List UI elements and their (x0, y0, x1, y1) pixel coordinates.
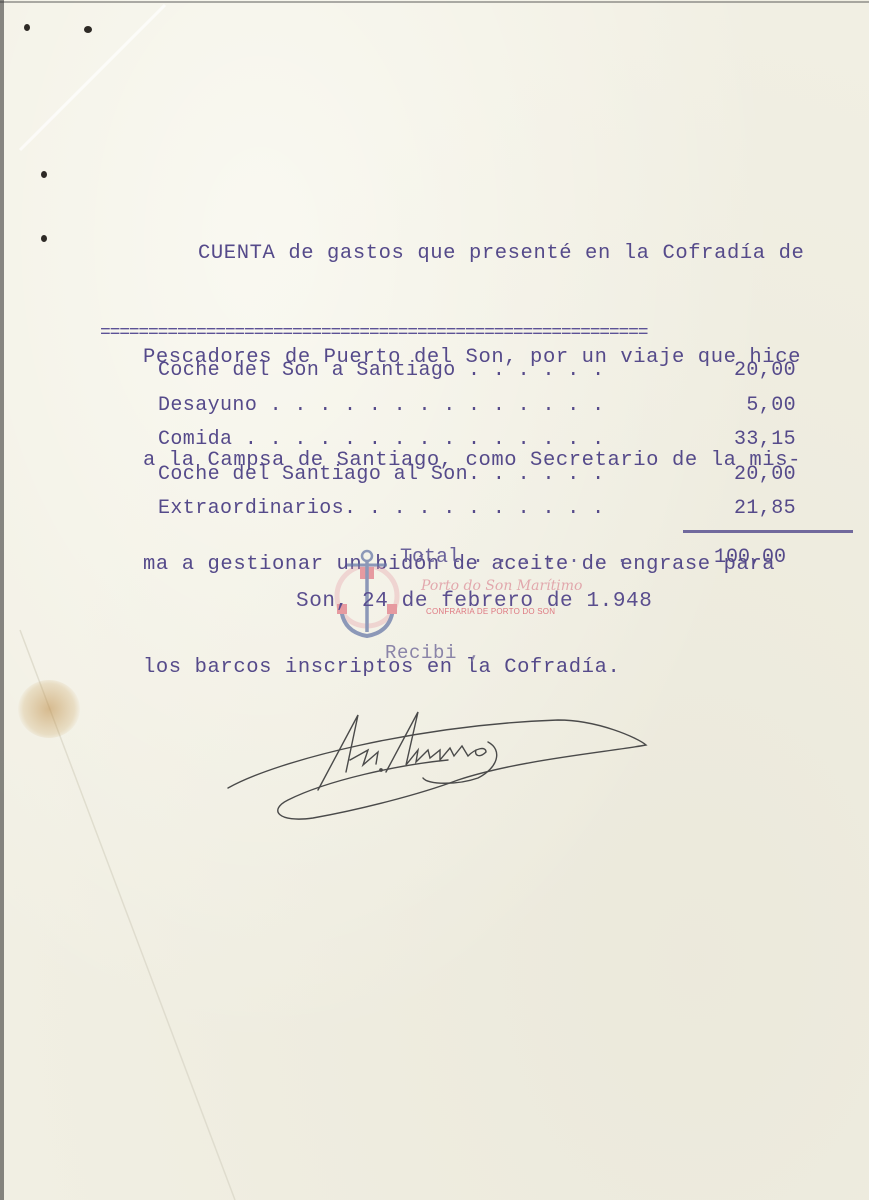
expense-amount: 5,00 (746, 389, 796, 424)
expense-row: Extraordinarios. . . . . . . . . . . 21,… (158, 492, 858, 527)
expense-amount: 21,85 (734, 492, 796, 527)
received-label: Recibi , (385, 638, 481, 668)
expense-list: Coche del Son a Santiago . . . . . . 20,… (158, 354, 858, 527)
expense-label: Desayuno . . . . . . . . . . . . . . (158, 389, 604, 424)
expense-label: Extraordinarios. . . . . . . . . . . (158, 492, 604, 527)
expense-amount: 20,00 (734, 458, 796, 493)
punch-mark (41, 235, 47, 242)
scan-edge (0, 0, 4, 1200)
paragraph-line: los barcos inscriptos en la Cofradía. (143, 651, 869, 686)
sum-underline (683, 530, 853, 533)
document-page: CUENTA de gastos que presenté en la Cofr… (0, 0, 869, 1200)
expense-label: Coche del Son a Santiago . . . . . . (158, 354, 604, 389)
punch-mark (84, 26, 92, 33)
expense-amount: 20,00 (734, 354, 796, 389)
expense-row: Comida . . . . . . . . . . . . . . . 33,… (158, 423, 858, 458)
signature (218, 690, 658, 850)
expense-row: Coche del Son a Santiago . . . . . . 20,… (158, 354, 858, 389)
expense-row: Desayuno . . . . . . . . . . . . . . 5,0… (158, 389, 858, 424)
expense-amount: 33,15 (734, 423, 796, 458)
expense-label: Coche del Santiago al Son. . . . . . (158, 458, 604, 493)
expense-label: Comida . . . . . . . . . . . . . . . (158, 423, 604, 458)
paragraph-line: CUENTA de gastos que presenté en la Cofr… (143, 237, 869, 272)
place-date: Son, 24 de febrero de 1.948 (296, 586, 652, 618)
punch-mark (24, 24, 30, 31)
separator-line: ========================================… (100, 326, 869, 340)
coffee-stain (18, 680, 80, 738)
expense-row: Coche del Santiago al Son. . . . . . 20,… (158, 458, 858, 493)
total-amount: 100,00 (714, 541, 786, 575)
punch-mark (41, 171, 47, 178)
